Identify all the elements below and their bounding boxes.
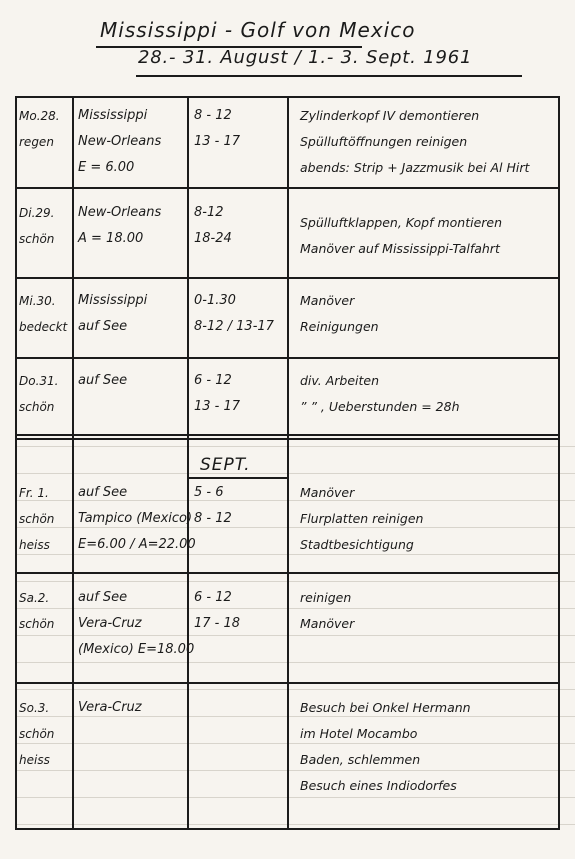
work-hours-cell-line: 0-1.30 [194, 288, 286, 314]
work-description-cell: div. Arbeiten” ” , Ueberstunden = 28h [300, 368, 560, 420]
work-hours-cell: 6 - 1217 - 18 [194, 585, 286, 637]
work-description-cell: reinigenManöver [300, 585, 560, 637]
day-weather-cell: Mi.30.bedeckt [19, 288, 73, 340]
day-weather-cell-line: heiss [19, 532, 73, 558]
work-description-cell-line: Stadtbesichtigung [300, 532, 560, 558]
day-weather-cell-line: So.3. [19, 695, 73, 721]
day-weather-cell: Do.31.schön [19, 368, 73, 420]
work-hours-cell: 8 - 1213 - 17 [194, 103, 286, 155]
work-hours-cell-line: 13 - 17 [194, 394, 286, 420]
day-weather-cell-line: Mi.30. [19, 288, 73, 314]
day-weather-cell-line: bedeckt [19, 314, 73, 340]
location-cell-line: Vera-Cruz [78, 611, 188, 637]
location-cell: Mississippiauf See [78, 288, 188, 340]
work-description-cell-line: reinigen [300, 585, 560, 611]
day-weather-cell: Mo.28.regen [19, 103, 73, 155]
location-cell-line: auf See [78, 480, 188, 506]
day-weather-cell-line: schön [19, 611, 73, 637]
work-hours-cell: 0-1.308-12 / 13-17 [194, 288, 286, 340]
row-divider [15, 434, 560, 436]
row-divider [15, 357, 560, 359]
work-description-cell-line: Manöver [300, 480, 560, 506]
work-description-cell: Spülluftklappen, Kopf montierenManöver a… [300, 210, 560, 262]
work-description-cell-line: abends: Strip + Jazzmusik bei Al Hirt [300, 155, 560, 181]
september-underline [188, 477, 288, 479]
day-weather-cell-line: schön [19, 394, 73, 420]
location-cell: auf See [78, 368, 188, 394]
work-hours-cell: 5 - 68 - 12 [194, 480, 286, 532]
location-cell-line: auf See [78, 314, 188, 340]
day-weather-cell-line: Sa.2. [19, 585, 73, 611]
work-hours-cell-line: 8-12 [194, 200, 286, 226]
day-weather-cell-line: regen [19, 129, 73, 155]
location-cell-line: auf See [78, 585, 188, 611]
work-description-cell-line: Zylinderkopf IV demontieren [300, 103, 560, 129]
row-divider [15, 682, 560, 684]
row-divider [15, 572, 560, 574]
location-cell-line: Vera-Cruz [78, 695, 188, 721]
day-weather-cell-line: heiss [19, 747, 73, 773]
work-description-cell-line: Reinigungen [300, 314, 560, 340]
day-weather-cell-line: Mo.28. [19, 103, 73, 129]
location-cell-line: E = 6.00 [78, 155, 188, 181]
work-hours-cell-line: 18-24 [194, 226, 286, 252]
work-description-cell-line: ” ” , Ueberstunden = 28h [300, 394, 560, 420]
work-description-cell-line: Manöver [300, 288, 560, 314]
day-weather-cell-line: schön [19, 506, 73, 532]
work-description-cell-line: Spülluftöffnungen reinigen [300, 129, 560, 155]
row-divider [15, 277, 560, 279]
work-hours-cell-line: 8 - 12 [194, 506, 286, 532]
work-description-cell-line: Baden, schlemmen [300, 747, 560, 773]
day-weather-cell-line: Di.29. [19, 200, 73, 226]
location-cell-line: auf See [78, 368, 188, 394]
work-description-cell: Besuch bei Onkel Hermannim Hotel Mocambo… [300, 695, 560, 799]
row-divider-double [15, 438, 560, 440]
day-weather-cell: Sa.2.schön [19, 585, 73, 637]
day-weather-cell: Fr. 1.schönheiss [19, 480, 73, 558]
work-description-cell-line: Besuch bei Onkel Hermann [300, 695, 560, 721]
column-divider [287, 96, 289, 830]
page-subtitle-dates: 28.- 31. August / 1.- 3. Sept. 1961 [138, 47, 472, 68]
work-hours-cell: 8-1218-24 [194, 200, 286, 252]
location-cell-line: Tampico (Mexico) [78, 506, 188, 532]
work-description-cell-line: Manöver [300, 611, 560, 637]
page-title: Mississippi - Golf von Mexico [100, 18, 415, 42]
location-cell: auf SeeTampico (Mexico)E=6.00 / A=22.00 [78, 480, 188, 558]
location-cell-line: New-Orleans [78, 200, 188, 226]
work-description-cell-line: div. Arbeiten [300, 368, 560, 394]
location-cell-line: Mississippi [78, 103, 188, 129]
work-hours-cell-line: 8-12 / 13-17 [194, 314, 286, 340]
work-hours-cell: 6 - 1213 - 17 [194, 368, 286, 420]
location-cell: Vera-Cruz [78, 695, 188, 721]
work-description-cell-line: im Hotel Mocambo [300, 721, 560, 747]
work-description-cell-line: Besuch eines Indiodorfes [300, 773, 560, 799]
work-description-cell-line: Flurplatten reinigen [300, 506, 560, 532]
location-cell: New-OrleansA = 18.00 [78, 200, 188, 252]
work-description-cell-line: Manöver auf Mississippi-Talfahrt [300, 236, 560, 262]
work-hours-cell-line: 8 - 12 [194, 103, 286, 129]
work-hours-cell-line: 5 - 6 [194, 480, 286, 506]
location-cell-line: Mississippi [78, 288, 188, 314]
work-hours-cell-line: 17 - 18 [194, 611, 286, 637]
day-weather-cell-line: schön [19, 226, 73, 252]
work-description-cell-line: Spülluftklappen, Kopf montieren [300, 210, 560, 236]
location-cell-line: E=6.00 / A=22.00 [78, 532, 188, 558]
work-hours-cell-line: 13 - 17 [194, 129, 286, 155]
work-description-cell: ManöverReinigungen [300, 288, 560, 340]
location-cell: MississippiNew-OrleansE = 6.00 [78, 103, 188, 181]
day-weather-cell: So.3.schönheiss [19, 695, 73, 773]
location-cell-line: (Mexico) E=18.00 [78, 637, 188, 663]
row-divider [15, 187, 560, 189]
subtitle-underline [136, 75, 522, 77]
day-weather-cell: Di.29.schön [19, 200, 73, 252]
work-description-cell: ManöverFlurplatten reinigenStadtbesichti… [300, 480, 560, 558]
day-weather-cell-line: Fr. 1. [19, 480, 73, 506]
work-hours-cell-line: 6 - 12 [194, 585, 286, 611]
location-cell-line: New-Orleans [78, 129, 188, 155]
day-weather-cell-line: Do.31. [19, 368, 73, 394]
september-label: SEPT. [200, 455, 251, 475]
work-description-cell: Zylinderkopf IV demontierenSpülluftöffnu… [300, 103, 560, 181]
location-cell-line: A = 18.00 [78, 226, 188, 252]
location-cell: auf SeeVera-Cruz(Mexico) E=18.00 [78, 585, 188, 663]
day-weather-cell-line: schön [19, 721, 73, 747]
work-hours-cell-line: 6 - 12 [194, 368, 286, 394]
